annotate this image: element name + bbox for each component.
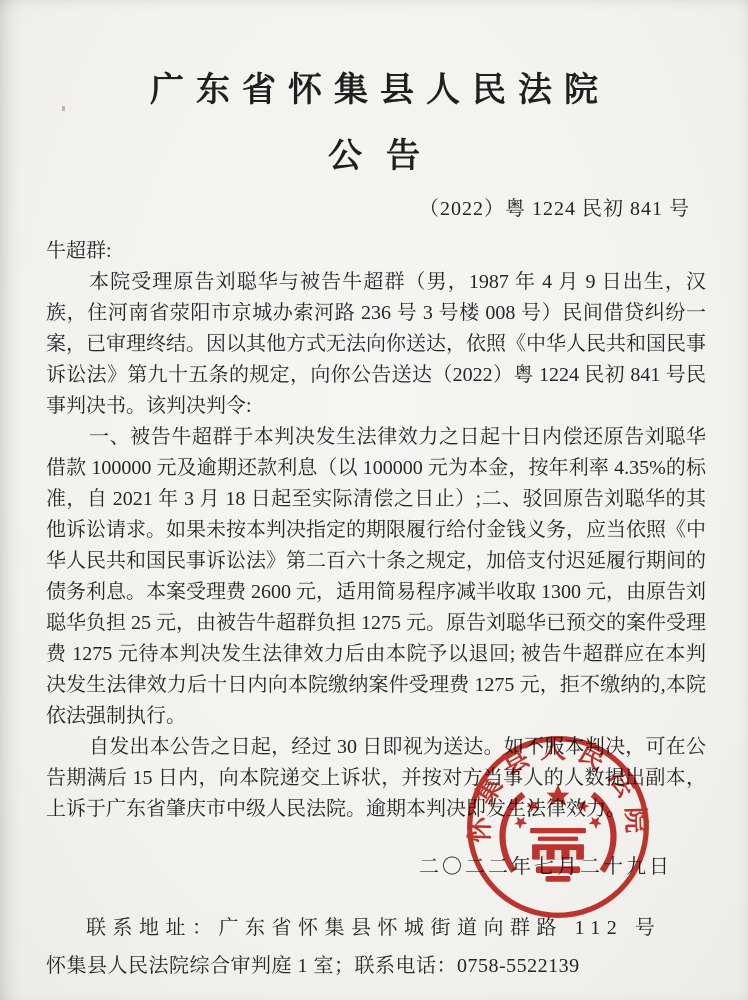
- case-number: （2022）粤 1224 民初 841 号: [0, 192, 748, 221]
- recipient-name: 牛超群:: [46, 236, 706, 267]
- contact-address: 联系地址：广东省怀集县怀城街道向群路 112 号: [46, 909, 706, 947]
- paragraph-appeal-notice: 自发出本公告之日起，经过 30 日即视为送达。如不服本判决，可在公告期满后 15…: [46, 732, 706, 825]
- announcement-body: 牛超群: 本院受理原告刘聪华与被告牛超群（男，1987 年 4 月 9 日出生，…: [46, 236, 706, 825]
- contact-phone-line: 怀集县人民法院综合审判庭 1 室；联系电话：0758-5522139: [46, 947, 706, 985]
- announcement-title: 公告: [0, 128, 748, 177]
- paper-speck: [62, 106, 65, 111]
- issue-date: 二〇二二年七月二十九日: [0, 850, 748, 879]
- paragraph-judgment-terms: 一、被告牛超群于本判决发生法律效力之日起十日内偿还原告刘聪华借款 100000 …: [46, 422, 706, 732]
- court-announcement-document: 广东省怀集县人民法院 公告 （2022）粤 1224 民初 841 号 牛超群:…: [0, 0, 748, 1000]
- paragraph-case-summary: 本院受理原告刘聪华与被告牛超群（男，1987 年 4 月 9 日出生，汉族，住河…: [46, 267, 706, 422]
- court-name-heading: 广东省怀集县人民法院: [0, 62, 748, 111]
- contact-info: 联系地址：广东省怀集县怀城街道向群路 112 号 怀集县人民法院综合审判庭 1 …: [46, 909, 706, 985]
